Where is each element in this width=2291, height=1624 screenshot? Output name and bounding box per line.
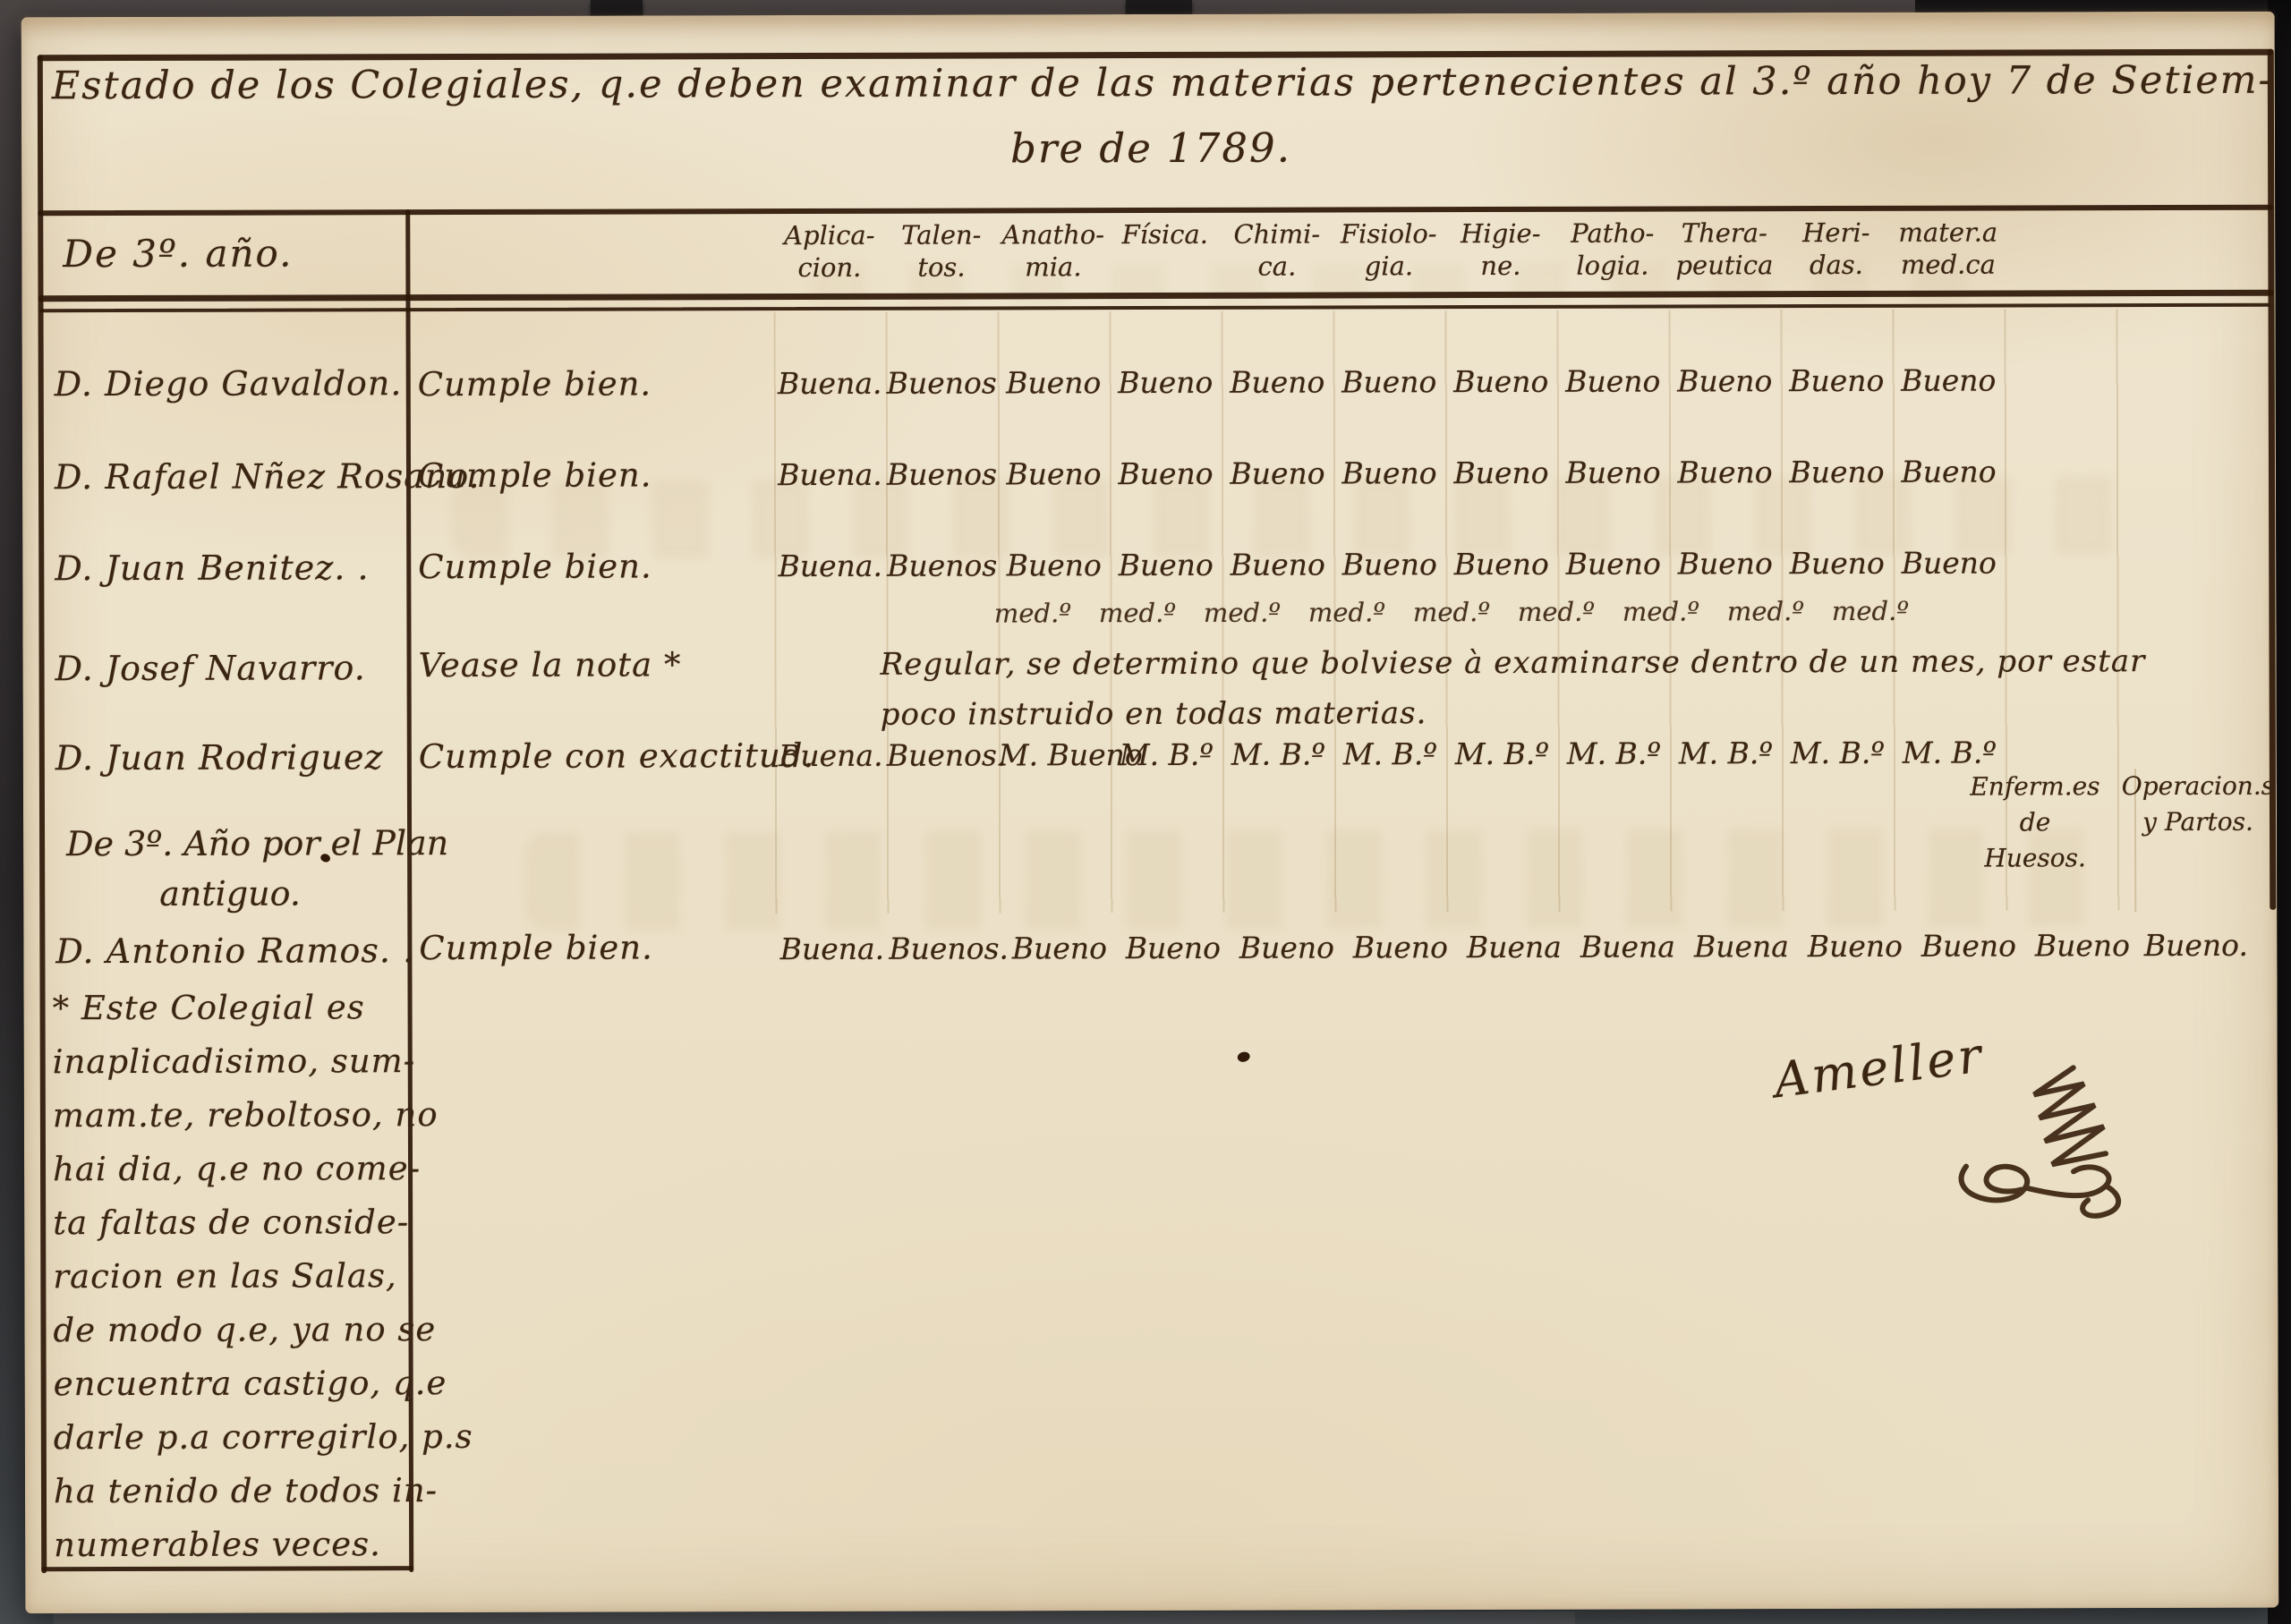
marginal-footnote: * Este Colegial esinaplicadisimo, sum-ma… — [53, 988, 413, 1579]
subject-header-line2: tos. — [885, 251, 997, 283]
grade-cell: Bueno — [1557, 546, 1669, 581]
grade-cell: Bueno — [1333, 364, 1445, 399]
grade-cell: M. B.º — [1782, 735, 1894, 770]
subject-header: Aplica- cion. — [773, 219, 885, 284]
grade-cell: Bueno — [1893, 454, 2005, 489]
document-title: Estado de los Colegiales, q.e deben exam… — [52, 58, 2250, 174]
footnote-line: hai dia, q.e no come- — [53, 1149, 411, 1203]
subject-header-line2: mia. — [997, 251, 1109, 283]
student-conduct: Cumple bien. — [419, 928, 653, 967]
student-name: D. Juan Benitez. . — [55, 548, 369, 588]
mediano-cell: med.º — [1608, 596, 1713, 626]
grade-cell: Buenos — [886, 548, 998, 582]
grade-row: Buena.BuenosBuenoBuenoBuenoBuenoBuenoBue… — [774, 545, 2005, 583]
grade-cell: Buena. — [775, 738, 887, 773]
mediano-grade-row: med.ºmed.ºmed.ºmed.ºmed.ºmed.ºmed.ºmed.º… — [980, 596, 1922, 629]
grade-cell: M. B.º — [1894, 735, 2006, 769]
subject-header-line1: Talen- — [885, 218, 997, 251]
table-rule-under-title — [38, 205, 2273, 217]
grade-cell: Buena. — [774, 548, 886, 583]
subject-header: Chimi- ca. — [1221, 217, 1333, 282]
grade-cell: Bueno — [1002, 931, 1116, 965]
student-name: D. Diego Gavaldon. — [55, 363, 403, 404]
grade-cell: Buena. — [775, 931, 889, 966]
grade-cell: Bueno — [998, 548, 1110, 582]
extra-header-line3: Huesos. — [1963, 840, 2107, 876]
subject-header: Thera- peutica — [1668, 217, 1780, 281]
student-name: D. Juan Rodriguez — [55, 737, 384, 778]
grade-cell: Bueno — [1781, 546, 1893, 581]
footnote-line: numerables veces. — [54, 1525, 412, 1579]
extra-header-line1: Operacion.s — [2108, 769, 2287, 805]
navarro-note-line2: poco instruido en todas materias. — [881, 695, 1427, 733]
grade-cell: Bueno — [2025, 928, 2139, 963]
grade-cell: Bueno — [1557, 363, 1669, 398]
grade-cell: Buenos. — [887, 737, 999, 772]
grade-cell: Buena — [1457, 930, 1571, 965]
grade-cell: Bueno — [1110, 548, 1222, 582]
student-conduct: Cumple bien. — [418, 547, 652, 586]
student-conduct: Vease la nota * — [419, 645, 682, 684]
table-surface-edge — [54, 1611, 1575, 1624]
subject-header: mater.a med.ca — [1892, 216, 2004, 280]
subject-column-headers: Aplica- cion. Talen- tos. Anatho- mia. F… — [773, 216, 2004, 284]
subject-header: Anatho- mia. — [997, 218, 1109, 283]
mediano-cell: med.º — [1399, 597, 1503, 627]
grade-cell: Bueno — [1781, 363, 1893, 398]
grade-cell: M. B.º — [1334, 736, 1446, 771]
grade-cell: Bueno — [1669, 455, 1781, 489]
photo-backdrop: Estado de los Colegiales, q.e deben exam… — [0, 0, 2291, 1624]
grade-cell: M. B.º — [1111, 737, 1222, 772]
signature-rubric-flourish — [1939, 1060, 2154, 1231]
section-label-line1: De 3º. Año por el Plan — [66, 823, 448, 863]
footnote-line: ha tenido de todos in- — [54, 1471, 412, 1526]
grade-cell: Bueno — [1798, 929, 1912, 964]
subject-header-line1: Thera- — [1668, 217, 1780, 249]
grade-row: Buena.Buenos.M. BuenoM. B.ºM. B.ºM. B.ºM… — [775, 735, 2006, 773]
header-row-label: De 3º. año. — [63, 232, 293, 276]
subject-header: Heri- das. — [1780, 217, 1892, 281]
extra-header-line1: Enferm.es — [1963, 769, 2107, 804]
grade-cell: Bueno — [1893, 362, 2005, 397]
footnote-line: inaplicadisimo, sum- — [53, 1042, 411, 1096]
subject-header: Fisiolo- gia. — [1333, 217, 1444, 282]
grade-cell: Bueno — [1222, 547, 1333, 582]
student-conduct: Cumple bien. — [418, 364, 652, 404]
navarro-note-line1: Regular, se determino que bolviese à exa… — [881, 643, 2146, 683]
footnote-line: ta faltas de conside- — [53, 1203, 411, 1257]
grade-cell: Bueno — [1669, 363, 1781, 398]
subject-header-line1: Aplica- — [773, 219, 885, 251]
grade-cell: Bueno — [1445, 455, 1557, 490]
footnote-line: de modo q.e, ya no se — [53, 1310, 411, 1365]
extra-column-header-huesos: Enferm.es de Huesos. — [1963, 769, 2107, 876]
paper-browned-edge — [21, 12, 2275, 41]
footnote-line: darle p.a corregirlo, p.s — [54, 1417, 412, 1472]
grade-cell: M. B.º — [1446, 736, 1558, 771]
grade-cell: Buena — [1571, 929, 1684, 964]
subject-header-line1: Fisiolo- — [1333, 217, 1444, 250]
student-name: D. Rafael Nñez Rosano. — [55, 456, 481, 497]
subject-header-line1: Higie- — [1444, 217, 1556, 250]
student-name: D. Josef Navarro. — [55, 648, 366, 688]
grade-cell: Bueno — [1333, 455, 1445, 490]
subject-header-line1: Chimi- — [1221, 217, 1333, 250]
footnote-line: encuentra castigo, q.e — [54, 1364, 412, 1418]
grade-cell: Bueno — [1669, 546, 1781, 581]
extra-header-line2: y Partos. — [2108, 804, 2287, 841]
grade-cell: Bueno — [1557, 455, 1669, 489]
student-conduct: Cumple bien. — [418, 455, 652, 495]
subject-header-line2: ne. — [1444, 250, 1556, 282]
subject-header-line1: Patho- — [1556, 217, 1668, 249]
table-border-left — [38, 55, 47, 1573]
grade-cell: Bueno — [1222, 364, 1333, 399]
footnote-line: mam.te, reboltoso, no — [53, 1095, 411, 1150]
title-line-2: bre de 1789. — [52, 122, 2250, 174]
title-line-1: Estado de los Colegiales, q.e deben exam… — [52, 58, 2273, 108]
footnote-line: * Este Colegial es — [53, 988, 411, 1042]
mediano-cell: med.º — [1818, 596, 1922, 626]
subject-header-line2: gia. — [1333, 250, 1444, 282]
grade-cell: Bueno — [1912, 928, 2025, 963]
grade-cell: Buenos — [886, 456, 998, 491]
grade-cell: Bueno. — [2139, 928, 2253, 963]
grade-cell: Bueno — [998, 456, 1110, 491]
grade-row: Buena.BuenosBuenoBuenoBuenoBuenoBuenoBue… — [774, 362, 2005, 401]
grade-cell: Bueno — [1893, 545, 2005, 580]
grade-cell: Buena. — [774, 366, 886, 401]
subject-header: Física. — [1109, 218, 1221, 283]
subject-header: Talen- tos. — [885, 218, 997, 283]
grade-cell: Buenos. — [889, 931, 1002, 965]
mediano-cell: med.º — [1189, 598, 1294, 628]
ink-blot — [1237, 1050, 1251, 1063]
subject-header-line1: mater.a — [1892, 216, 2004, 248]
mediano-cell: med.º — [980, 598, 1085, 628]
grade-cell: Bueno — [1343, 930, 1457, 965]
grade-cell: Buena — [1684, 929, 1798, 964]
student-conduct: Cumple con exactitud. — [419, 736, 815, 776]
grade-cell: Bueno — [1116, 931, 1230, 965]
mediano-cell: med.º — [1085, 598, 1189, 628]
grade-cell: Buena. — [774, 457, 886, 492]
grade-cell: Bueno — [1445, 364, 1557, 399]
grade-cell: Bueno — [998, 365, 1110, 400]
subject-header-line1: Física. — [1109, 218, 1221, 251]
grade-cell: M. Bueno — [999, 737, 1111, 772]
footnote-line: racion en las Salas, — [53, 1256, 411, 1311]
manuscript-page: Estado de los Colegiales, q.e deben exam… — [21, 12, 2279, 1614]
subject-header-line2: med.ca — [1892, 248, 2004, 280]
mediano-cell: med.º — [1503, 597, 1608, 627]
grade-cell: M. B.º — [1670, 735, 1782, 770]
grade-cell: M. B.º — [1222, 736, 1334, 771]
extra-column-header-partos: Operacion.s y Partos. — [2108, 769, 2287, 841]
subject-header-line2: cion. — [773, 251, 885, 284]
subject-header-line2: peutica — [1668, 249, 1780, 281]
mediano-cell: med.º — [1713, 596, 1818, 626]
mediano-cell: med.º — [1294, 597, 1399, 627]
student-name: D. Antonio Ramos. . — [55, 931, 414, 971]
grade-cell: Bueno — [1222, 455, 1333, 490]
grade-row: Buena.Buenos.BuenoBuenoBuenoBuenoBuenaBu… — [775, 928, 2253, 966]
subject-header-line2: das. — [1780, 249, 1892, 281]
section-label-line2: antiguo. — [159, 873, 301, 913]
subject-header-line2: ca. — [1221, 250, 1333, 282]
grade-cell: Bueno — [1230, 930, 1343, 965]
grade-cell: Bueno — [1110, 456, 1222, 491]
grade-cell: Bueno — [1333, 547, 1445, 582]
subject-header-line1: Heri- — [1780, 217, 1892, 249]
subject-header: Higie- ne. — [1444, 217, 1556, 282]
subject-header: Patho- logia. — [1556, 217, 1668, 281]
grade-cell: Bueno — [1445, 547, 1557, 582]
grade-cell: Bueno — [1110, 365, 1222, 400]
grade-cell: M. B.º — [1558, 735, 1670, 770]
grade-cell: Buenos — [886, 365, 998, 400]
subject-header-line2: logia. — [1556, 249, 1668, 281]
subject-header-line1: Anatho- — [997, 218, 1109, 251]
grade-row: Buena.BuenosBuenoBuenoBuenoBuenoBuenoBue… — [774, 454, 2005, 492]
extra-header-line2: de — [1963, 804, 2107, 840]
grade-cell: Bueno — [1781, 455, 1893, 489]
